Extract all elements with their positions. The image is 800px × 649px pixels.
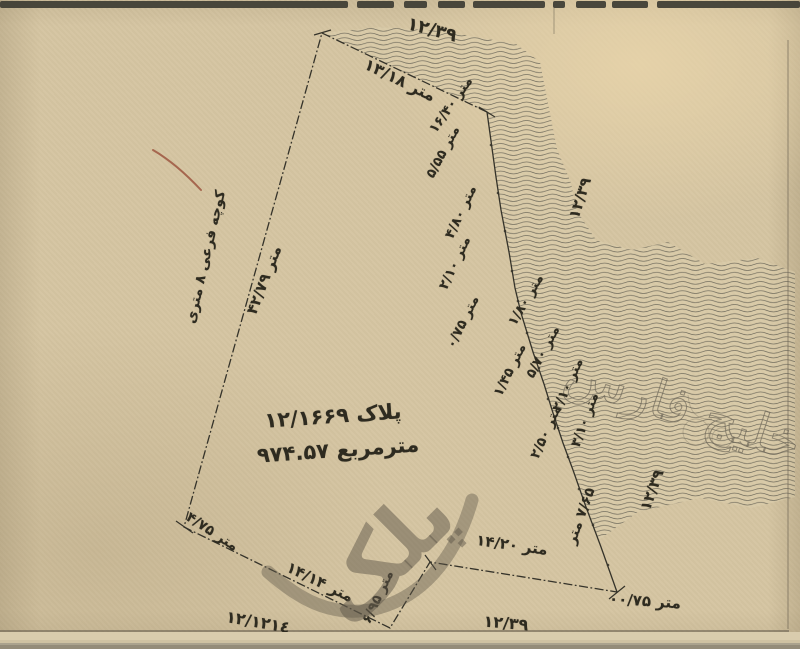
- scan-edge-segment: [576, 1, 606, 8]
- scan-edge-segment: [438, 1, 465, 8]
- map-label-east-7: متر ۵/۷۰: [523, 323, 564, 381]
- map-label-west-edge: متر ۴۲/۷۹: [243, 243, 286, 317]
- scan-bottom-edge: [0, 632, 800, 649]
- map-label-bl-edge: متر ۱۴/۱۴: [284, 558, 357, 606]
- map-label-east-6: متر ۱/۸۰: [505, 271, 547, 328]
- map-label-east-10: متر ۳/۱۰: [568, 391, 602, 450]
- map-label-east-4: متر ۲/۱۰: [436, 234, 474, 292]
- scan-top-edge: [0, 0, 800, 10]
- map-label-east-5: متر ۰/۷۵: [443, 293, 482, 351]
- map-label-east-3: متر ۴/۸۰: [442, 183, 480, 241]
- map-label-bottom-edge: متر ۱۴/۲۰: [475, 531, 549, 559]
- map-label-east-11: متر ۲/۵۰: [527, 403, 565, 461]
- labels-layer: ۱۲/۳۹متر ۱۳/۱۸متر ۱۶/۴۰متر ۵/۵۵متر ۴/۸۰م…: [0, 0, 800, 649]
- map-label-plot-area: مترمربع ۹۷۴.۵۷: [256, 432, 420, 467]
- map-label-bottom-1239: ۱۲/۳۹: [483, 612, 529, 635]
- map-label-street: کوچه فرعی ۸ متری: [183, 189, 229, 325]
- map-label-east-2: متر ۵/۵۵: [423, 123, 464, 181]
- scan-edge-segment: [553, 1, 565, 8]
- scan-edge-segment: [404, 1, 427, 8]
- scanned-survey-map: خلیج فارس ۱۲/۳۹متر ۱۳/۱۸متر ۱۶/۴۰متر ۵/۵…: [0, 0, 800, 649]
- scan-edge-segment: [612, 1, 648, 8]
- map-label-top-1239: ۱۲/۳۹: [405, 13, 459, 46]
- scan-edge-segment: [657, 1, 800, 8]
- scan-edge-segment: [357, 1, 394, 8]
- map-label-east-12: ۷/۶۵ متر: [563, 486, 598, 547]
- map-label-top-edge: متر ۱۳/۱۸: [361, 55, 438, 106]
- scan-edge-segment: [0, 1, 348, 8]
- map-label-sea-1239-b: ۱۲/۳۹: [636, 467, 667, 513]
- scan-edge-segment: [473, 1, 545, 8]
- map-label-w-475: متر ۴/۷۵: [183, 509, 241, 554]
- map-label-sw-edge: متر ۶/۹۵: [359, 568, 397, 626]
- map-label-plot-number: پلاک ۱۲/۱۶۶۹: [264, 399, 403, 433]
- map-label-br-corner: متر ۰۰/۷۵: [608, 590, 681, 613]
- map-label-sea-1239-a: ۱۲/۳۹: [565, 175, 595, 221]
